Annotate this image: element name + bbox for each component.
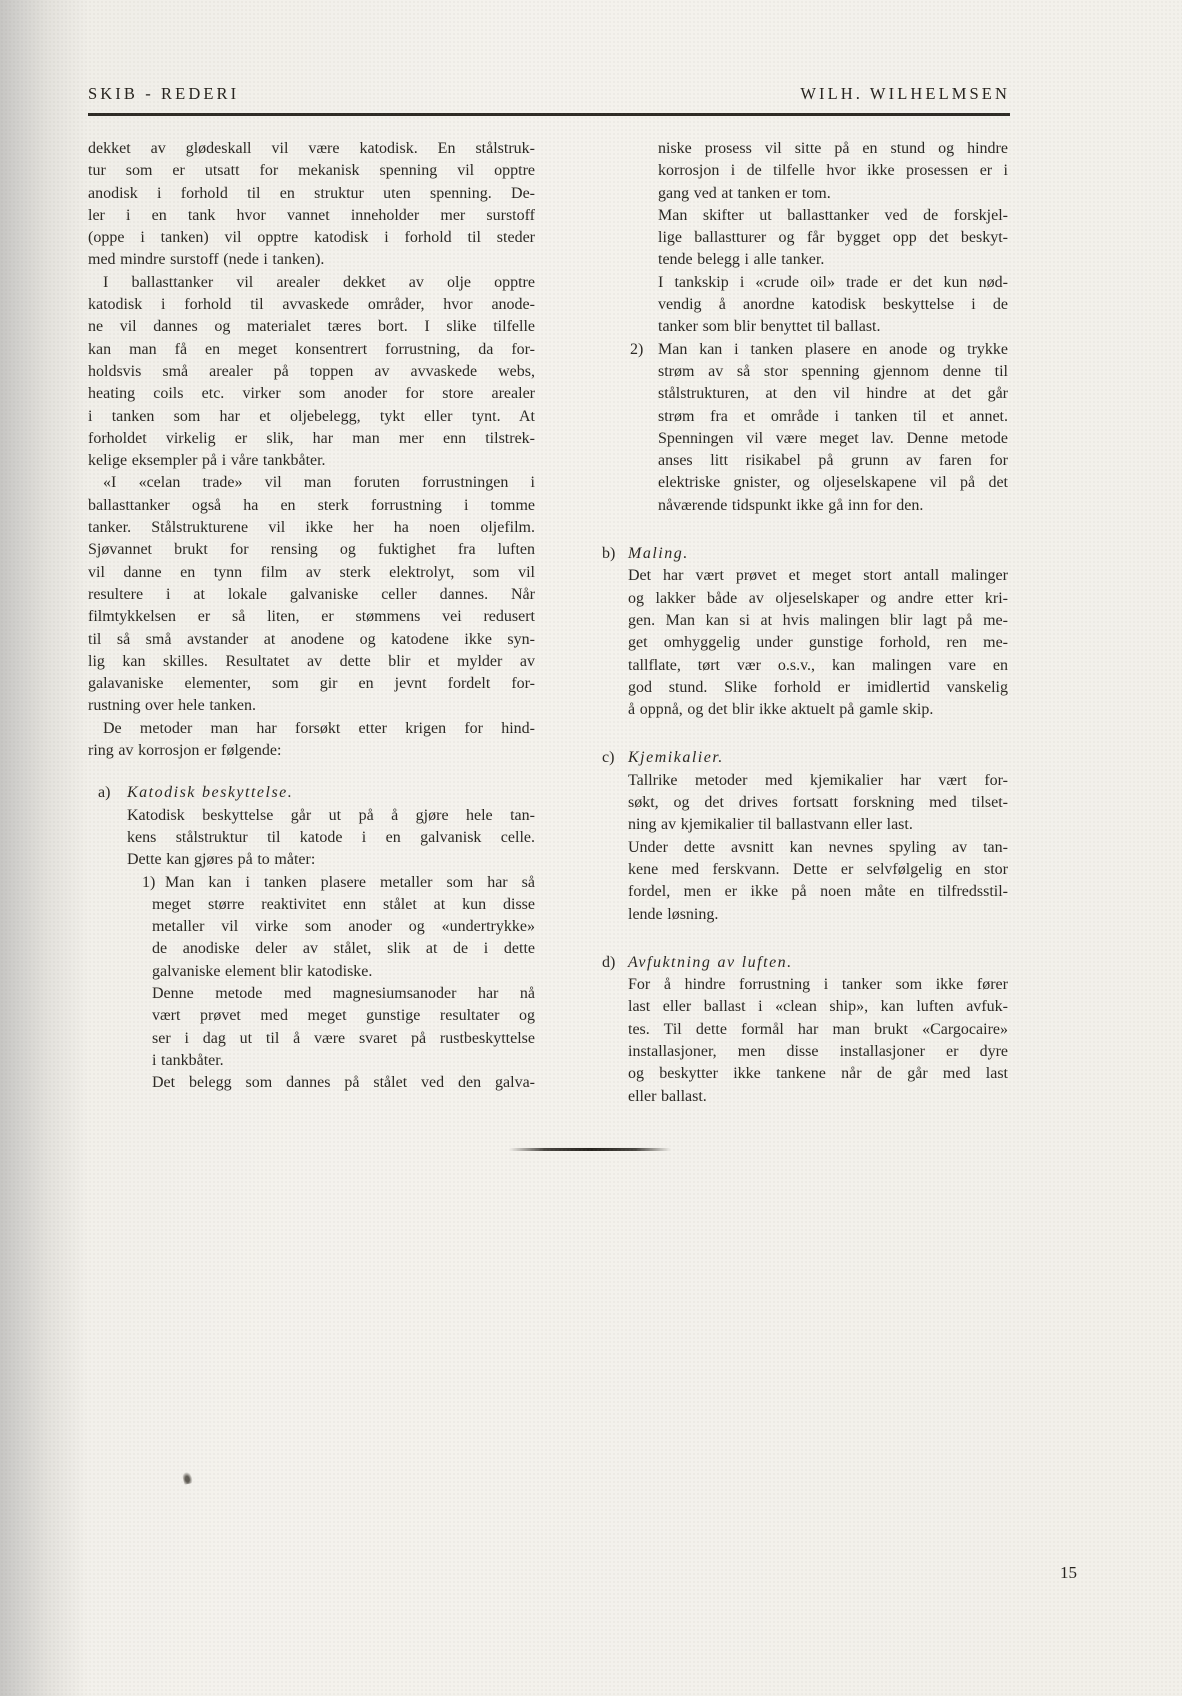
text-line: rustning over hele tanken. bbox=[88, 695, 535, 717]
text-line: vært prøvet med meget gunstige resultate… bbox=[152, 1005, 535, 1027]
ink-speck bbox=[182, 1471, 193, 1485]
section-marker: a) bbox=[98, 782, 110, 804]
text-line: ne vil dannes og materialet tæres bort. … bbox=[88, 316, 535, 338]
text-line: resultere i at lokale galvaniske celler … bbox=[88, 584, 535, 606]
paragraph-gap bbox=[88, 762, 535, 782]
text-line: For å hindre forrustning i tanker som ik… bbox=[628, 974, 1008, 996]
running-head-left: SKIB - REDERI bbox=[88, 84, 239, 104]
text-line: galvaniske element blir katodiske. bbox=[152, 961, 535, 983]
text-line: Sjøvannet brukt for rensing og fuktighet… bbox=[88, 539, 535, 561]
text-line: ning av kjemikalier til ballastvann elle… bbox=[628, 814, 1008, 836]
text-line: ring av korrosjon er følgende: bbox=[88, 740, 535, 762]
section-divider bbox=[509, 1148, 671, 1151]
text-line: ser i dag ut til å være svaret på rustbe… bbox=[152, 1028, 535, 1050]
paragraph: I ballasttanker vil arealer dekket av ol… bbox=[88, 272, 535, 473]
paragraph: Katodisk beskyttelse går ut på å gjøre h… bbox=[127, 805, 535, 872]
text-line: installasjoner, men disse installasjoner… bbox=[628, 1041, 1008, 1063]
right-column: niske prosess vil sitte på en stund og h… bbox=[602, 138, 1008, 1108]
text-line: tende belegg i alle tanker. bbox=[658, 249, 1008, 271]
text-line: meget større reaktivitet enn stålet at k… bbox=[152, 894, 535, 916]
text-line: gen. Man kan si at hvis malingen blir la… bbox=[628, 610, 1008, 632]
text-line: tur som er utsatt for mekanisk spenning … bbox=[88, 160, 535, 182]
text-line: Man kan i tanken plasere metaller som ha… bbox=[152, 872, 535, 894]
text-line: og beskytter ikke tankene når de går med… bbox=[628, 1063, 1008, 1085]
paragraph: Denne metode med magnesiumsanoder har nå… bbox=[152, 983, 535, 1072]
text-line: nåværende tidspunkt ikke gå inn for den. bbox=[658, 495, 1008, 517]
section-heading: c)Kjemikalier. bbox=[628, 747, 1008, 769]
text-line: kene med ferskvann. Dette er selvfølgeli… bbox=[628, 859, 1008, 881]
text-line: filmtykkelsen er så liten, er stømmens v… bbox=[88, 606, 535, 628]
text-line: kens stålstruktur til katode i en galvan… bbox=[127, 827, 535, 849]
text-line: lige ballastturer og får bygget opp det … bbox=[658, 227, 1008, 249]
text-line: Katodisk beskyttelse går ut på å gjøre h… bbox=[127, 805, 535, 827]
text-line: get omhyggelig under gunstige forhold, r… bbox=[628, 632, 1008, 654]
text-line: strøm fra et område i tanken til et anne… bbox=[658, 406, 1008, 428]
text-line: og lakker både av oljeselskaper og andre… bbox=[628, 588, 1008, 610]
section-d: d)Avfuktning av luften.For å hindre forr… bbox=[602, 952, 1008, 1108]
paragraph: De metoder man har forsøkt etter krigen … bbox=[88, 718, 535, 763]
list-item-1: 1)Man kan i tanken plasere metaller som … bbox=[88, 872, 535, 1095]
text-line: last eller ballast i «clean ship», kan l… bbox=[628, 996, 1008, 1018]
text-line: lende løsning. bbox=[628, 904, 1008, 926]
text-line: søkt, og det drives fortsatt forskning m… bbox=[628, 792, 1008, 814]
section-a: a)Katodisk beskyttelse.Katodisk beskytte… bbox=[88, 782, 535, 871]
text-line: Denne metode med magnesiumsanoder har nå bbox=[152, 983, 535, 1005]
text-line: Man skifter ut ballasttanker ved de fors… bbox=[658, 205, 1008, 227]
section-marker: c) bbox=[602, 747, 614, 769]
section-b: b)Maling.Det har vært prøvet et meget st… bbox=[602, 543, 1008, 721]
text-line: forholdet virkelig er slik, har man mer … bbox=[88, 428, 535, 450]
text-line: heating coils etc. virker som anoder for… bbox=[88, 383, 535, 405]
section-title: Avfuktning av luften. bbox=[628, 954, 793, 971]
paragraph-gap bbox=[602, 517, 1008, 543]
list-item-2: 2)Man kan i tanken plasere en anode og t… bbox=[602, 339, 1008, 517]
text-line: tanker. Stålstrukturene vil ikke her ha … bbox=[88, 517, 535, 539]
section-heading: a)Katodisk beskyttelse. bbox=[127, 782, 535, 804]
text-line: til så små avstander at anodene og katod… bbox=[88, 629, 535, 651]
text-line: anses litt risikabel på grunn av faren f… bbox=[658, 450, 1008, 472]
paragraph: «I «celan trade» vil man foruten forrust… bbox=[88, 472, 535, 717]
text-line: de anodiske deler av stålet, slik at de … bbox=[152, 938, 535, 960]
text-line: i tanken som har et oljebelegg, tykt ell… bbox=[88, 406, 535, 428]
text-line: Under dette avsnitt kan nevnes spyling a… bbox=[628, 837, 1008, 859]
text-line: Dette kan gjøres på to måter: bbox=[127, 849, 535, 871]
text-line: katodisk i forhold til avvaskede områder… bbox=[88, 294, 535, 316]
text-line: vil danne en tynn film av sterk elektrol… bbox=[88, 562, 535, 584]
text-line: strøm av så stor spenning gjennom denne … bbox=[658, 361, 1008, 383]
text-line: vendig å anordne katodisk beskyttelse i … bbox=[658, 294, 1008, 316]
section-title: Maling. bbox=[628, 545, 689, 562]
text-line: gang ved at tanken er tom. bbox=[658, 183, 1008, 205]
item-marker: 1) bbox=[142, 872, 155, 894]
page-binding-shadow bbox=[0, 0, 88, 1696]
section-heading: d)Avfuktning av luften. bbox=[628, 952, 1008, 974]
text-line: Det har vært prøvet et meget stort antal… bbox=[628, 565, 1008, 587]
text-line: korrosjon i de tilfelle hvor ikke proses… bbox=[658, 160, 1008, 182]
text-line: fordel, men er ikke på noen måte en tilf… bbox=[628, 881, 1008, 903]
page-number: 15 bbox=[1060, 1563, 1077, 1583]
text-line: Tallrike metoder med kjemikalier har vær… bbox=[628, 770, 1008, 792]
text-line: eller ballast. bbox=[628, 1086, 1008, 1108]
text-line: metaller vil virke som anoder og «undert… bbox=[152, 916, 535, 938]
text-line: I ballasttanker vil arealer dekket av ol… bbox=[88, 272, 535, 294]
text-line: i tankbåter. bbox=[152, 1050, 535, 1072]
text-line: stålstrukturen, at den vil hindre at det… bbox=[658, 383, 1008, 405]
text-line: god stund. Slike forhold er imidlertid v… bbox=[628, 677, 1008, 699]
text-line: I tankskip i «crude oil» trade er det ku… bbox=[658, 272, 1008, 294]
text-line: tanker som blir benyttet til ballast. bbox=[658, 316, 1008, 338]
paragraph: For å hindre forrustning i tanker som ik… bbox=[628, 974, 1008, 1108]
text-line: tallflate, tørt vær o.s.v., kan malingen… bbox=[628, 655, 1008, 677]
paragraph: Det har vært prøvet et meget stort antal… bbox=[628, 565, 1008, 721]
text-line: Man kan i tanken plasere en anode og try… bbox=[658, 339, 1008, 361]
paragraph: Det belegg som dannes på stålet ved den … bbox=[152, 1072, 535, 1094]
header-rule bbox=[88, 113, 1010, 116]
text-line: ler i en tank hvor vannet inneholder mer… bbox=[88, 205, 535, 227]
text-line: (oppe i tanken) vil opptre katodisk i fo… bbox=[88, 227, 535, 249]
text-line: lig kan skilles. Resultatet av dette bli… bbox=[88, 651, 535, 673]
text-line: å oppnå, og det blir ikke aktuelt på gam… bbox=[628, 699, 1008, 721]
paragraph: dekket av glødeskall vil være katodisk. … bbox=[88, 138, 535, 272]
text-line: galavaniske elementer, som gir en jevnt … bbox=[88, 673, 535, 695]
paragraph: niske prosess vil sitte på en stund og h… bbox=[658, 138, 1008, 205]
section-marker: b) bbox=[602, 543, 615, 565]
text-line: De metoder man har forsøkt etter krigen … bbox=[88, 718, 535, 740]
paragraph: Tallrike metoder med kjemikalier har vær… bbox=[628, 770, 1008, 837]
text-line: anodisk i forhold til en struktur uten s… bbox=[88, 183, 535, 205]
section-c: c)Kjemikalier.Tallrike metoder med kjemi… bbox=[602, 747, 1008, 925]
text-line: Spenningen vil være meget lav. Denne met… bbox=[658, 428, 1008, 450]
scanned-page: SKIB - REDERI WILH. WILHELMSEN dekket av… bbox=[0, 0, 1182, 1696]
left-column: dekket av glødeskall vil være katodisk. … bbox=[88, 138, 535, 1094]
paragraph: Man kan i tanken plasere metaller som ha… bbox=[152, 872, 535, 983]
text-line: kan man få en meget konsentrert forrustn… bbox=[88, 339, 535, 361]
section-marker: d) bbox=[602, 952, 615, 974]
text-line: elektriske gnister, og oljeselskapene vi… bbox=[658, 472, 1008, 494]
list-item-continuation: niske prosess vil sitte på en stund og h… bbox=[602, 138, 1008, 339]
paragraph: Man skifter ut ballasttanker ved de fors… bbox=[658, 205, 1008, 272]
text-line: «I «celan trade» vil man foruten forrust… bbox=[88, 472, 535, 494]
paragraph-gap bbox=[602, 721, 1008, 747]
paragraph-gap bbox=[602, 926, 1008, 952]
paragraph: Under dette avsnitt kan nevnes spyling a… bbox=[628, 837, 1008, 926]
item-marker: 2) bbox=[630, 339, 643, 361]
text-line: ballasttanker også ha en sterk forrustni… bbox=[88, 495, 535, 517]
text-line: niske prosess vil sitte på en stund og h… bbox=[658, 138, 1008, 160]
paragraph: Man kan i tanken plasere en anode og try… bbox=[658, 339, 1008, 517]
text-line: kelige eksempler på i våre tankbåter. bbox=[88, 450, 535, 472]
paragraph: I tankskip i «crude oil» trade er det ku… bbox=[658, 272, 1008, 339]
text-line: holdsvis små arealer på toppen av avvask… bbox=[88, 361, 535, 383]
section-title: Kjemikalier. bbox=[628, 749, 724, 766]
running-head-right: WILH. WILHELMSEN bbox=[800, 84, 1010, 104]
section-heading: b)Maling. bbox=[628, 543, 1008, 565]
text-line: med mindre surstoff (nede i tanken). bbox=[88, 249, 535, 271]
text-line: tes. Til dette formål har man brukt «Car… bbox=[628, 1019, 1008, 1041]
running-header: SKIB - REDERI WILH. WILHELMSEN bbox=[88, 84, 1010, 104]
section-title: Katodisk beskyttelse. bbox=[127, 784, 293, 801]
text-line: dekket av glødeskall vil være katodisk. … bbox=[88, 138, 535, 160]
text-line: Det belegg som dannes på stålet ved den … bbox=[152, 1072, 535, 1094]
